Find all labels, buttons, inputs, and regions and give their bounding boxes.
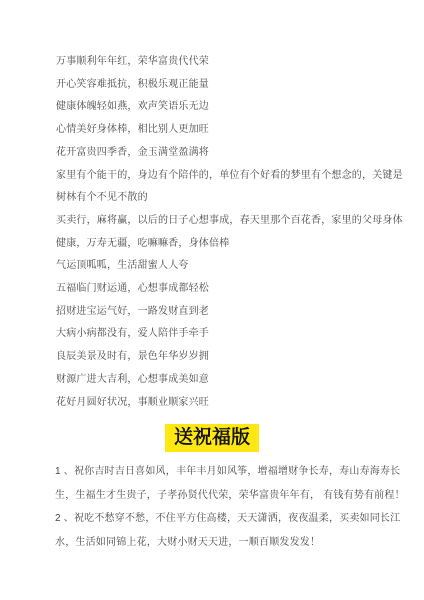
blessing-line: 五福临门财运通，心想事成都轻松 <box>56 278 410 301</box>
blessing-line: 买卖行，麻将赢，以后的日子心想事成，春天里那个百花香，家里的父母身体健康，万寿无… <box>56 210 410 255</box>
blessing-line: 心情美好身体棒，相比别人更加旺 <box>56 119 410 142</box>
blessing-line: 开心笑容难抵抗，积极乐观正能量 <box>56 74 410 97</box>
blessing-line: 良辰美景及时有，景色年华岁岁拥 <box>56 346 410 369</box>
blessing-line: 财源广进大吉利，心想事成美如意 <box>56 369 410 392</box>
section-heading: 送祝福版 <box>165 424 259 452</box>
blessing-line: 招财进宝运气好，一路发财直到老 <box>56 301 410 324</box>
greeting-paragraph: 2 、祝吃不愁穿不愁，不住平方住高楼，天天潇洒，夜夜温柔，买卖如同长江水，生活如… <box>55 507 417 554</box>
section-heading-highlight: 送祝福版 <box>165 424 259 452</box>
blessing-list: 万事顺利年年红，荣华富贵代代荣 开心笑容难抵抗，积极乐观正能量 健康体魄轻如燕，… <box>0 0 410 414</box>
section-heading-wrap: 送祝福版 <box>0 424 424 452</box>
greeting-list: 1 、祝你吉时吉日喜如风，丰年丰月如风筝，增福增财争长寿，寿山寿海寿长生，生福生… <box>0 460 424 554</box>
document-page: 万事顺利年年红，荣华富贵代代荣 开心笑容难抵抗，积极乐观正能量 健康体魄轻如燕，… <box>0 0 424 600</box>
blessing-line: 万事顺利年年红，荣华富贵代代荣 <box>56 51 410 74</box>
blessing-line: 大病小病都没有，爱人陪伴手牵手 <box>56 323 410 346</box>
blessing-line: 气运顶呱呱，生活甜蜜人人夸 <box>56 255 410 278</box>
blessing-line: 花好月圆好状况，事顺业顺家兴旺 <box>56 392 410 415</box>
blessing-line: 健康体魄轻如燕，欢声笑语乐无边 <box>56 96 410 119</box>
greeting-paragraph: 1 、祝你吉时吉日喜如风，丰年丰月如风筝，增福增财争长寿，寿山寿海寿长生，生福生… <box>55 460 417 507</box>
blessing-line: 花开富贵四季香，金玉满堂盈满将 <box>56 142 410 165</box>
blessing-line: 家里有个能干的，身边有个陪伴的，单位有个好看的梦里有个想念的，关键是树林有个不见… <box>56 165 410 210</box>
